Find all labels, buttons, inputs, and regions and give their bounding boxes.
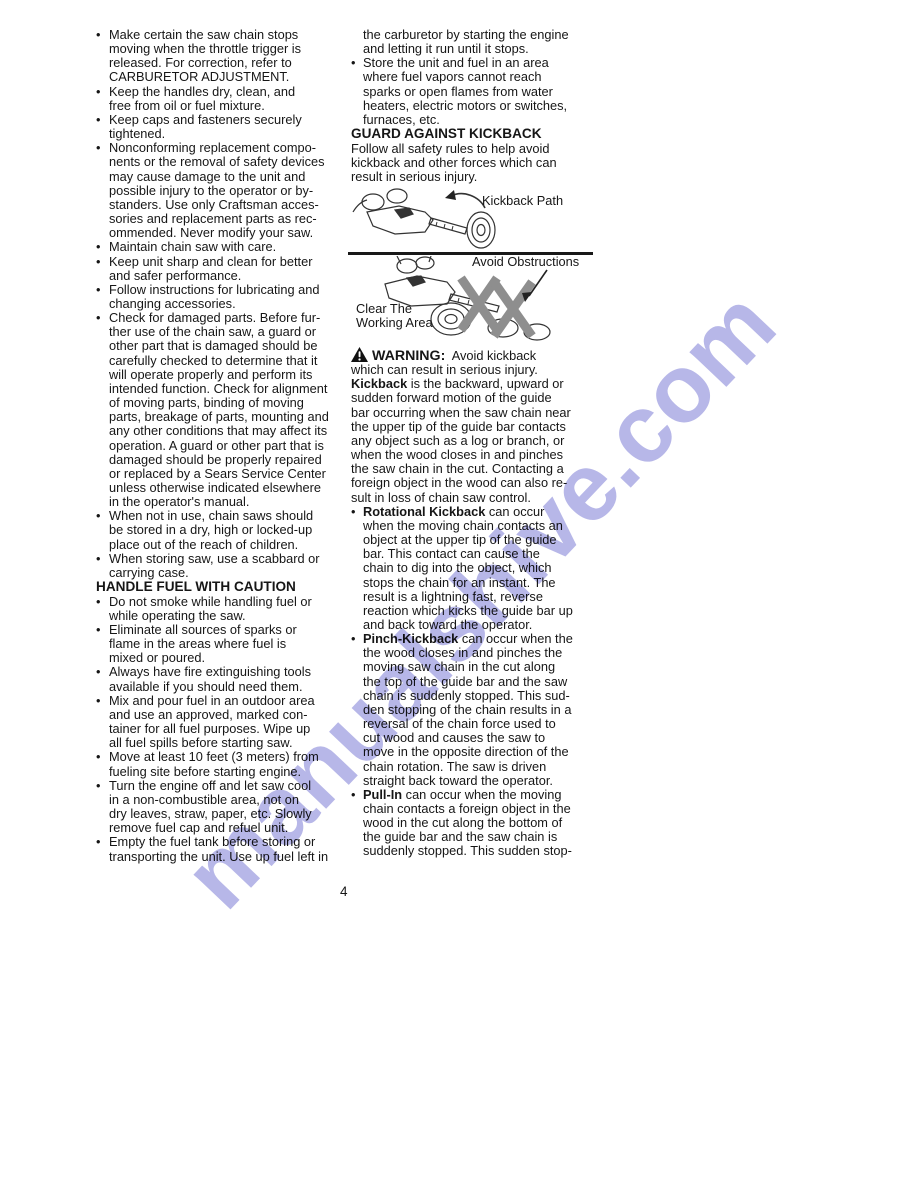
bullet-glyph: • xyxy=(96,595,109,609)
bullet-text: Pinch-Kickback can occur when the the wo… xyxy=(363,632,573,788)
bullet-text: When storing saw, use a scabbard or carr… xyxy=(109,552,320,580)
bullet-glyph: • xyxy=(96,835,109,849)
bullet-item: •Keep the handles dry, clean, and free f… xyxy=(96,85,342,113)
bullet-text: Make certain the saw chain stops moving … xyxy=(109,28,301,85)
bullet-text: Rotational Kickback can occur when the m… xyxy=(363,505,573,632)
bullet-item: •Make certain the saw chain stops moving… xyxy=(96,28,342,85)
kickback-arrow-icon xyxy=(451,194,485,208)
bullet-text: Empty the fuel tank before storing or tr… xyxy=(109,835,328,863)
manual-page: •Make certain the saw chain stops moving… xyxy=(0,0,918,1188)
bullet-glyph: • xyxy=(96,665,109,679)
kickback-path-label: Kickback Path xyxy=(482,194,563,208)
bullet-item: •Store the unit and fuel in an area wher… xyxy=(351,56,597,127)
bullet-glyph: • xyxy=(351,505,363,519)
bullet-glyph: • xyxy=(96,623,109,637)
avoid-obstructions-label: Avoid Obstructions xyxy=(472,255,579,269)
bullet-text: Keep caps and fasteners securely tighten… xyxy=(109,113,302,141)
bullet-rest: can occur when the moving chain contacts… xyxy=(363,504,573,632)
bullet-glyph: • xyxy=(96,113,109,127)
bullet-glyph: • xyxy=(96,779,109,793)
bullet-glyph: • xyxy=(96,509,109,523)
right-column-bottom: WARNING: Avoid kickback which can result… xyxy=(351,347,597,859)
bullet-item: •Maintain chain saw with care. xyxy=(96,240,342,254)
bullet-text: Keep the handles dry, clean, and free fr… xyxy=(109,85,295,113)
bullet-item: •Follow instructions for lubricating and… xyxy=(96,283,342,311)
section-heading-guard-kickback: GUARD AGAINST KICKBACK xyxy=(351,127,597,142)
bullet-glyph: • xyxy=(96,85,109,99)
bullet-lead: Rotational Kickback xyxy=(363,504,485,519)
bullet-glyph: • xyxy=(96,141,109,155)
page-number: 4 xyxy=(340,884,348,899)
bullet-glyph: • xyxy=(351,632,363,646)
kickback-bullet-item: •Pull-In can occur when the moving chain… xyxy=(351,788,597,859)
section-heading-handle-fuel: HANDLE FUEL WITH CAUTION xyxy=(96,580,342,595)
bullet-text: Always have fire extinguishing tools ava… xyxy=(109,665,311,693)
kickback-intro-text: Follow all safety rules to help avoid ki… xyxy=(351,142,597,184)
x-mark-icon xyxy=(461,278,532,336)
bullet-text: Keep unit sharp and clean for better and… xyxy=(109,255,312,283)
bullet-item: •Always have fire extinguishing tools av… xyxy=(96,665,342,693)
bullet-item: •Do not smoke while handling fuel or whi… xyxy=(96,595,342,623)
bullet-text: Nonconforming replacement compo- nents o… xyxy=(109,141,325,240)
bullet-glyph: • xyxy=(96,694,109,708)
bullet-text: Eliminate all sources of sparks or flame… xyxy=(109,623,297,665)
bullet-item: •Eliminate all sources of sparks or flam… xyxy=(96,623,342,665)
bullet-glyph: • xyxy=(96,552,109,566)
bullet-glyph: • xyxy=(96,311,109,325)
bullet-item: •Check for damaged parts. Before fur- th… xyxy=(96,311,342,509)
warning-note: WARNING: Avoid kickback which can result… xyxy=(351,347,597,505)
bullet-text: Store the unit and fuel in an area where… xyxy=(363,56,567,127)
bullet-rest: can occur when the the wood closes in an… xyxy=(363,631,573,788)
bullet-item: •Empty the fuel tank before storing or t… xyxy=(96,835,342,863)
bullet-item: •Nonconforming replacement compo- nents … xyxy=(96,141,342,240)
bullet-item: •When not in use, chain saws should be s… xyxy=(96,509,342,551)
bullet-text: Check for damaged parts. Before fur- the… xyxy=(109,311,329,509)
bullet-glyph: • xyxy=(351,788,363,802)
bullet-item: •Turn the engine off and let saw cool in… xyxy=(96,779,342,836)
bullet-glyph: • xyxy=(96,255,109,269)
bullet-glyph: • xyxy=(96,240,109,254)
bullet-text: Turn the engine off and let saw cool in … xyxy=(109,779,312,836)
clear-working-area-label: Clear The Working Area xyxy=(356,302,433,330)
kickback-figures: Kickback Path Avoid Obstructions Clear T… xyxy=(351,186,593,347)
warning-body-text: is the backward, upward or sudden forwar… xyxy=(351,376,571,504)
bullet-text: Maintain chain saw with care. xyxy=(109,240,276,254)
bullet-item: •Mix and pour fuel in an outdoor area an… xyxy=(96,694,342,751)
bullet-item: •Keep caps and fasteners securely tighte… xyxy=(96,113,342,141)
bullet-glyph: • xyxy=(96,750,109,764)
continuation-text: the carburetor by starting the engine an… xyxy=(351,28,597,56)
bullet-item: •When storing saw, use a scabbard or car… xyxy=(96,552,342,580)
kickback-bullet-item: •Pinch-Kickback can occur when the the w… xyxy=(351,632,597,788)
bullet-glyph: • xyxy=(96,28,109,42)
right-column-top: the carburetor by starting the engine an… xyxy=(351,28,597,184)
bullet-text: Do not smoke while handling fuel or whil… xyxy=(109,595,312,623)
bullet-item: •Keep unit sharp and clean for better an… xyxy=(96,255,342,283)
bullet-item: •Move at least 10 feet (3 meters) from f… xyxy=(96,750,342,778)
bullet-text: Pull-In can occur when the moving chain … xyxy=(363,788,572,859)
bullet-text: When not in use, chain saws should be st… xyxy=(109,509,313,551)
bullet-glyph: • xyxy=(351,56,363,70)
warning-triangle-icon xyxy=(351,347,368,362)
bullet-text: Mix and pour fuel in an outdoor area and… xyxy=(109,694,315,751)
kickback-term: Kickback xyxy=(351,376,407,391)
bullet-lead: Pull-In xyxy=(363,787,402,802)
left-column: •Make certain the saw chain stops moving… xyxy=(96,28,342,864)
bullet-lead: Pinch-Kickback xyxy=(363,631,458,646)
bullet-text: Follow instructions for lubricating and … xyxy=(109,283,320,311)
kickback-bullet-item: •Rotational Kickback can occur when the … xyxy=(351,505,597,632)
bullet-glyph: • xyxy=(96,283,109,297)
bullet-text: Move at least 10 feet (3 meters) from fu… xyxy=(109,750,319,778)
